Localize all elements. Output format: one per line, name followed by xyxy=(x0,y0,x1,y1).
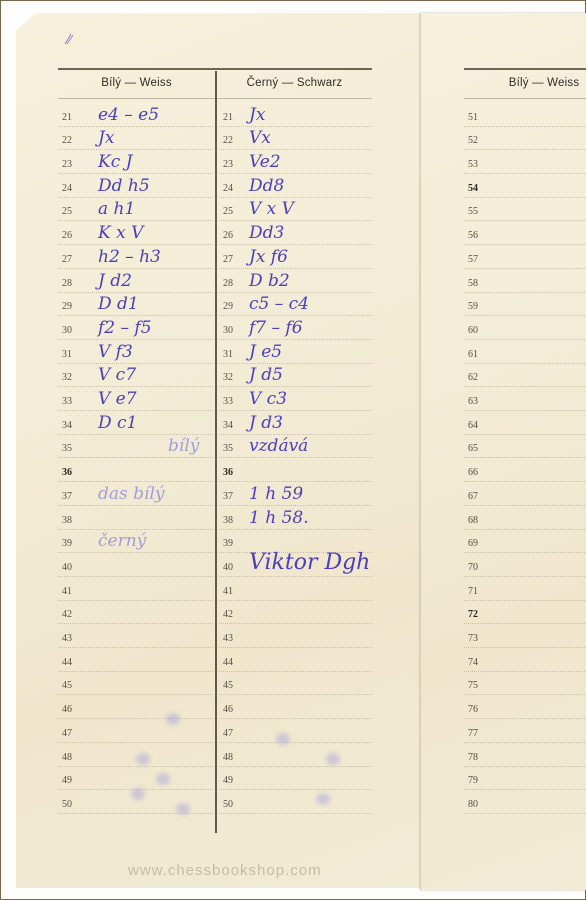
move-number: 37 xyxy=(223,491,233,502)
handwritten-move: h2 – h3 xyxy=(98,247,161,267)
move-row-black: 41 xyxy=(219,576,372,601)
move-row-white: 43 xyxy=(58,623,213,648)
move-number: 58 xyxy=(468,278,478,289)
move-row-white: 63 xyxy=(464,386,586,411)
move-row-black: 30f7 – f6 xyxy=(219,315,372,340)
move-number: 43 xyxy=(223,633,233,644)
move-number: 28 xyxy=(223,278,233,289)
move-number: 36 xyxy=(62,467,72,478)
move-number: 60 xyxy=(468,325,478,336)
ink-bleed xyxy=(276,733,290,745)
move-row-white: 24Dd h5 xyxy=(58,173,213,198)
handwritten-move: V f3 xyxy=(98,342,133,362)
move-number: 27 xyxy=(223,254,233,265)
move-number: 47 xyxy=(223,728,233,739)
move-row-white: 80 xyxy=(464,789,586,814)
move-number: 42 xyxy=(223,609,233,620)
move-number: 35 xyxy=(62,443,72,454)
move-number: 78 xyxy=(468,752,478,763)
move-number: 80 xyxy=(468,799,478,810)
ink-bleed xyxy=(156,773,170,785)
move-number: 41 xyxy=(223,586,233,597)
move-row-black: 33V c3 xyxy=(219,386,372,411)
move-row-white: 32V c7 xyxy=(58,363,213,388)
move-number: 38 xyxy=(62,515,72,526)
move-row-white: 60 xyxy=(464,315,586,340)
move-number: 26 xyxy=(62,230,72,241)
move-row-white: 78 xyxy=(464,742,586,767)
move-number: 26 xyxy=(223,230,233,241)
handwritten-move: J d3 xyxy=(249,413,283,433)
handwritten-move: Vx xyxy=(249,128,271,148)
move-number: 63 xyxy=(468,396,478,407)
move-row-white: 23Kc J xyxy=(58,149,213,174)
handwritten-move: Viktor Dgh xyxy=(249,550,370,575)
move-row-black: 34J d3 xyxy=(219,410,372,435)
ink-bleed xyxy=(166,713,180,725)
move-row-white: 57 xyxy=(464,244,586,269)
move-number: 48 xyxy=(223,752,233,763)
move-row-white: 21e4 – e5 xyxy=(58,102,213,127)
move-number: 49 xyxy=(62,775,72,786)
move-row-black: 381 h 58. xyxy=(219,505,372,530)
move-number: 39 xyxy=(62,538,72,549)
handwritten-move: V e7 xyxy=(98,389,137,409)
move-row-black: 29c5 – c4 xyxy=(219,292,372,317)
move-row-black: 47 xyxy=(219,718,372,743)
move-number: 36 xyxy=(223,467,233,478)
move-row-white: 39černý xyxy=(58,529,213,554)
move-number: 76 xyxy=(468,704,478,715)
move-row-black: 32J d5 xyxy=(219,363,372,388)
move-row-white: 48 xyxy=(58,742,213,767)
move-number: 57 xyxy=(468,254,478,265)
move-number: 62 xyxy=(468,372,478,383)
move-number: 46 xyxy=(62,704,72,715)
move-number: 33 xyxy=(62,396,72,407)
handwritten-move: V c3 xyxy=(249,389,287,409)
move-number: 68 xyxy=(468,515,478,526)
move-number: 23 xyxy=(223,159,233,170)
move-number: 34 xyxy=(62,420,72,431)
handwritten-move: J e5 xyxy=(249,342,282,362)
column-divider xyxy=(215,71,217,833)
move-number: 46 xyxy=(223,704,233,715)
handwritten-move: Dd8 xyxy=(249,176,284,196)
move-number: 51 xyxy=(468,112,478,123)
move-number: 24 xyxy=(223,183,233,194)
move-number: 52 xyxy=(468,135,478,146)
move-number: 48 xyxy=(62,752,72,763)
handwritten-move: 1 h 59 xyxy=(249,484,303,504)
move-number: 47 xyxy=(62,728,72,739)
move-row-black: 22Vx xyxy=(219,126,372,151)
move-row-white: 73 xyxy=(464,623,586,648)
column-header-white: Bílý — Weiss xyxy=(464,77,586,89)
move-number: 61 xyxy=(468,349,478,360)
handwritten-move: V c7 xyxy=(98,365,136,385)
watermark: www.chessbookshop.com xyxy=(128,862,322,879)
move-number: 39 xyxy=(223,538,233,549)
ink-bleed xyxy=(131,788,145,800)
move-row-white: 35bílý xyxy=(58,434,213,459)
move-row-black: 46 xyxy=(219,695,372,720)
move-number: 30 xyxy=(62,325,72,336)
move-number: 59 xyxy=(468,301,478,312)
move-row-black: 50 xyxy=(219,789,372,814)
move-number: 71 xyxy=(468,586,478,597)
move-row-white: 66 xyxy=(464,458,586,483)
move-row-black: 45 xyxy=(219,671,372,696)
move-row-white: 29D d1 xyxy=(58,292,213,317)
handwritten-move: Ve2 xyxy=(249,152,281,172)
handwritten-move: bílý xyxy=(168,436,199,456)
move-row-white: 27h2 – h3 xyxy=(58,244,213,269)
move-number: 70 xyxy=(468,562,478,573)
move-number: 54 xyxy=(468,183,478,194)
move-number: 31 xyxy=(223,349,233,360)
move-row-black: 43 xyxy=(219,623,372,648)
move-row-black: 49 xyxy=(219,766,372,791)
left-scoresheet-page: Bílý — Weiss Černý — Schwarz 21e4 – e521… xyxy=(16,13,420,888)
move-number: 29 xyxy=(223,301,233,312)
header-rule xyxy=(464,98,586,99)
move-number: 35 xyxy=(223,443,233,454)
move-row-white: 31V f3 xyxy=(58,339,213,364)
move-row-white: 45 xyxy=(58,671,213,696)
move-row-white: 49 xyxy=(58,766,213,791)
move-row-white: 67 xyxy=(464,481,586,506)
handwritten-move: Jx xyxy=(249,105,265,125)
move-number: 29 xyxy=(62,301,72,312)
move-row-white: 69 xyxy=(464,529,586,554)
move-row-white: 25a h1 xyxy=(58,197,213,222)
move-number: 73 xyxy=(468,633,478,644)
top-rule xyxy=(464,68,586,70)
move-number: 21 xyxy=(62,112,72,123)
move-number: 44 xyxy=(62,657,72,668)
move-row-black: 26Dd3 xyxy=(219,221,372,246)
move-number: 44 xyxy=(223,657,233,668)
move-row-white: 68 xyxy=(464,505,586,530)
move-number: 45 xyxy=(62,680,72,691)
move-row-white: 37das bílý xyxy=(58,481,213,506)
move-number: 22 xyxy=(223,135,233,146)
move-number: 28 xyxy=(62,278,72,289)
move-row-white: 34D c1 xyxy=(58,410,213,435)
move-row-black: 42 xyxy=(219,600,372,625)
handwritten-move: J d2 xyxy=(98,271,132,291)
move-row-white: 36 xyxy=(58,458,213,483)
move-number: 75 xyxy=(468,680,478,691)
handwritten-move: Dd3 xyxy=(249,223,284,243)
move-row-white: 65 xyxy=(464,434,586,459)
move-row-black: 21Jx xyxy=(219,102,372,127)
move-number: 74 xyxy=(468,657,478,668)
move-number: 25 xyxy=(62,206,72,217)
top-rule xyxy=(58,68,372,70)
move-row-white: 22Jx xyxy=(58,126,213,151)
right-scoresheet-page: Bílý — Weiss 515253545556575859606162636… xyxy=(420,13,586,890)
move-number: 55 xyxy=(468,206,478,217)
handwritten-move: a h1 xyxy=(98,199,135,219)
move-row-black: 25V x V xyxy=(219,197,372,222)
move-row-white: 52 xyxy=(464,126,586,151)
move-row-white: 44 xyxy=(58,647,213,672)
move-number: 32 xyxy=(62,372,72,383)
ink-bleed xyxy=(136,753,150,765)
handwritten-move: Jx xyxy=(98,128,114,148)
move-number: 23 xyxy=(62,159,72,170)
move-row-black: 23Ve2 xyxy=(219,149,372,174)
move-row-black: 48 xyxy=(219,742,372,767)
handwritten-move: D b2 xyxy=(249,271,290,291)
move-number: 24 xyxy=(62,183,72,194)
handwritten-move: Jx f6 xyxy=(249,247,288,267)
move-number: 27 xyxy=(62,254,72,265)
move-number: 50 xyxy=(223,799,233,810)
move-number: 22 xyxy=(62,135,72,146)
handwritten-move: černý xyxy=(98,531,146,551)
move-row-white: 59 xyxy=(464,292,586,317)
handwritten-move: c5 – c4 xyxy=(249,294,309,314)
ink-bleed xyxy=(316,793,330,805)
handwritten-move: V x V xyxy=(249,199,294,219)
move-row-white: 42 xyxy=(58,600,213,625)
move-row-white: 47 xyxy=(58,718,213,743)
handwritten-move: K x V xyxy=(98,223,143,243)
handwritten-move: J d5 xyxy=(249,365,283,385)
move-row-white: 53 xyxy=(464,149,586,174)
move-row-white: 58 xyxy=(464,268,586,293)
move-row-white: 40 xyxy=(58,552,213,577)
move-number: 40 xyxy=(62,562,72,573)
move-row-white: 26K x V xyxy=(58,221,213,246)
ink-bleed xyxy=(176,803,190,815)
move-row-white: 71 xyxy=(464,576,586,601)
move-row-white: 62 xyxy=(464,363,586,388)
move-row-white: 55 xyxy=(464,197,586,222)
move-row-white: 72 xyxy=(464,600,586,625)
move-row-white: 54 xyxy=(464,173,586,198)
move-row-white: 70 xyxy=(464,552,586,577)
move-number: 31 xyxy=(62,349,72,360)
move-row-black: 371 h 59 xyxy=(219,481,372,506)
move-row-black: 28D b2 xyxy=(219,268,372,293)
handwritten-move: das bílý xyxy=(98,484,165,504)
move-row-black: 44 xyxy=(219,647,372,672)
move-number: 72 xyxy=(468,609,478,620)
move-row-white: 41 xyxy=(58,576,213,601)
move-number: 25 xyxy=(223,206,233,217)
move-number: 56 xyxy=(468,230,478,241)
move-number: 64 xyxy=(468,420,478,431)
move-row-white: 30f2 – f5 xyxy=(58,315,213,340)
handwritten-move: D c1 xyxy=(98,413,137,433)
move-number: 79 xyxy=(468,775,478,786)
move-row-black: 40Viktor Dgh xyxy=(219,552,372,577)
move-row-black: 27Jx f6 xyxy=(219,244,372,269)
move-row-white: 33V e7 xyxy=(58,386,213,411)
move-row-white: 79 xyxy=(464,766,586,791)
move-number: 65 xyxy=(468,443,478,454)
move-number: 38 xyxy=(223,515,233,526)
handwritten-move: Dd h5 xyxy=(98,176,150,196)
handwritten-move: f2 – f5 xyxy=(98,318,152,338)
ink-bleed xyxy=(326,753,340,765)
move-number: 41 xyxy=(62,586,72,597)
move-row-white: 28J d2 xyxy=(58,268,213,293)
move-row-white: 61 xyxy=(464,339,586,364)
move-number: 42 xyxy=(62,609,72,620)
move-row-white: 38 xyxy=(58,505,213,530)
column-header-black: Černý — Schwarz xyxy=(216,77,373,89)
move-number: 66 xyxy=(468,467,478,478)
move-row-white: 75 xyxy=(464,671,586,696)
move-row-black: 35vzdává xyxy=(219,434,372,459)
move-number: 53 xyxy=(468,159,478,170)
move-number: 50 xyxy=(62,799,72,810)
move-number: 32 xyxy=(223,372,233,383)
move-number: 45 xyxy=(223,680,233,691)
move-number: 69 xyxy=(468,538,478,549)
move-row-white: 46 xyxy=(58,695,213,720)
move-row-white: 74 xyxy=(464,647,586,672)
move-number: 49 xyxy=(223,775,233,786)
column-header-white: Bílý — Weiss xyxy=(58,77,215,89)
move-row-white: 51 xyxy=(464,102,586,127)
handwritten-move: vzdává xyxy=(249,436,308,456)
move-number: 43 xyxy=(62,633,72,644)
move-number: 33 xyxy=(223,396,233,407)
move-number: 37 xyxy=(62,491,72,502)
handwritten-move: D d1 xyxy=(98,294,139,314)
move-number: 21 xyxy=(223,112,233,123)
move-row-white: 76 xyxy=(464,695,586,720)
handwritten-move: Kc J xyxy=(98,152,132,172)
move-row-white: 64 xyxy=(464,410,586,435)
move-row-black: 36 xyxy=(219,458,372,483)
move-row-black: 24Dd8 xyxy=(219,173,372,198)
move-number: 67 xyxy=(468,491,478,502)
move-row-white: 56 xyxy=(464,221,586,246)
handwritten-move: f7 – f6 xyxy=(249,318,303,338)
move-number: 34 xyxy=(223,420,233,431)
move-row-black: 31J e5 xyxy=(219,339,372,364)
move-number: 77 xyxy=(468,728,478,739)
move-number: 30 xyxy=(223,325,233,336)
handwritten-move: 1 h 58. xyxy=(249,508,309,528)
handwritten-move: e4 – e5 xyxy=(98,105,159,125)
pencil-mark-icon xyxy=(63,33,75,45)
move-number: 40 xyxy=(223,562,233,573)
move-row-white: 77 xyxy=(464,718,586,743)
